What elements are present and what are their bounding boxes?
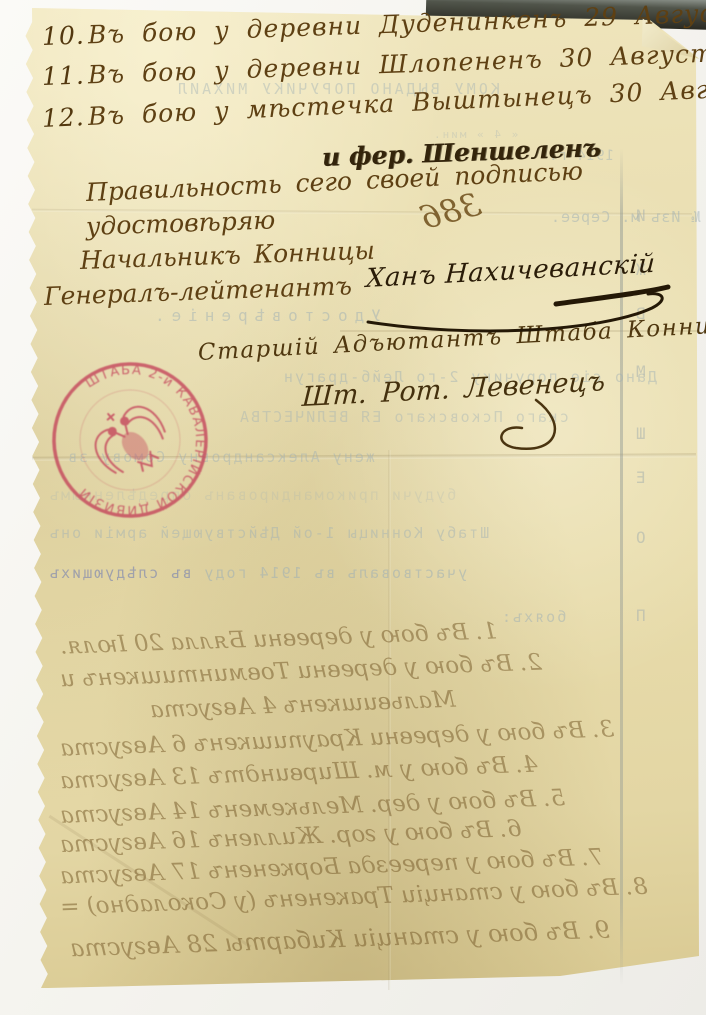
signature-flourishes <box>0 0 706 1015</box>
adjutant-signature-flourish <box>501 400 555 449</box>
signature-bold-stroke <box>556 287 668 304</box>
signature-underline-swash <box>368 294 662 331</box>
scanned-document-canvas: КОМУ ВЫДАНО ПОРУЧИКУ МИХАИЛ « 4 » мин. 1… <box>0 0 706 1015</box>
